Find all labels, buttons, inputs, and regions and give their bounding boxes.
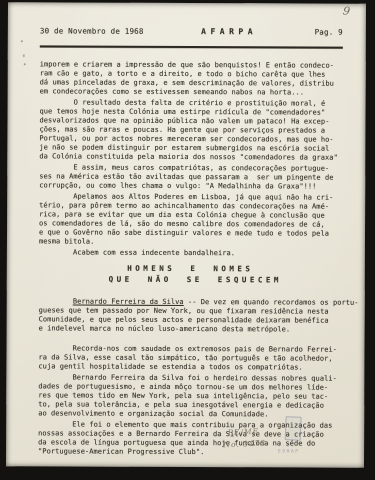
pencil-number: No. 3472 bbox=[223, 437, 266, 451]
paragraph: Bernardo Ferreira da Silva foi o herdeir… bbox=[38, 374, 341, 420]
handwritten-pencil-note: PE/ME No. 3472 bbox=[228, 425, 267, 451]
pencil-initials: PE/ME bbox=[228, 427, 260, 437]
handwritten-page-number: 9 bbox=[342, 4, 351, 18]
paragraph-feature: Bernardo Ferreira da Silva -- De vez em … bbox=[39, 288, 342, 343]
header-rule bbox=[40, 45, 343, 48]
publication-title: AFARPA bbox=[201, 27, 257, 37]
scan-speck bbox=[24, 63, 26, 65]
paragraph: O resultado desta falta de critério e pr… bbox=[39, 98, 342, 162]
faint-stamp-text: T.O. EOHAP bbox=[278, 443, 300, 455]
section-heading-line2: QUE NÃO SE ESQUECEM bbox=[39, 273, 342, 285]
document-content: 30 de Novembro de 1968 AFARPA Pag. 9 imp… bbox=[38, 26, 343, 460]
scanned-document-page: 9 30 de Novembro de 1968 AFARPA Pag. 9 i… bbox=[6, 2, 366, 468]
paragraph: E assim, meus caros compatriótas, as con… bbox=[39, 163, 342, 191]
featured-person-name: Bernardo Ferreira da Silva bbox=[73, 297, 184, 305]
section-heading: HOMENS E NOMES QUE NÃO SE ESQUECEM bbox=[39, 262, 342, 285]
faint-stamp-outline bbox=[285, 416, 302, 441]
issue-date: 30 de Novembro de 1968 bbox=[40, 26, 144, 36]
masthead: 30 de Novembro de 1968 AFARPA Pag. 9 bbox=[40, 26, 343, 37]
scan-speck bbox=[21, 40, 23, 42]
article-body: imporem e criarem a impressão de que são… bbox=[38, 60, 343, 457]
paragraph: Apelamos aos Altos Poderes em Lisboa, já… bbox=[39, 193, 342, 248]
page-label: Pag. 9 bbox=[315, 28, 343, 38]
scan-speck bbox=[23, 54, 25, 57]
stamp-text-line2: EOHAP bbox=[278, 449, 300, 455]
paragraph: Acabem com essa indecente bandalheira. bbox=[39, 248, 342, 258]
paragraph: Recorda-nos com saudade os extremosos pa… bbox=[38, 344, 341, 372]
paragraph: imporem e criarem a impressão de que são… bbox=[40, 60, 343, 97]
